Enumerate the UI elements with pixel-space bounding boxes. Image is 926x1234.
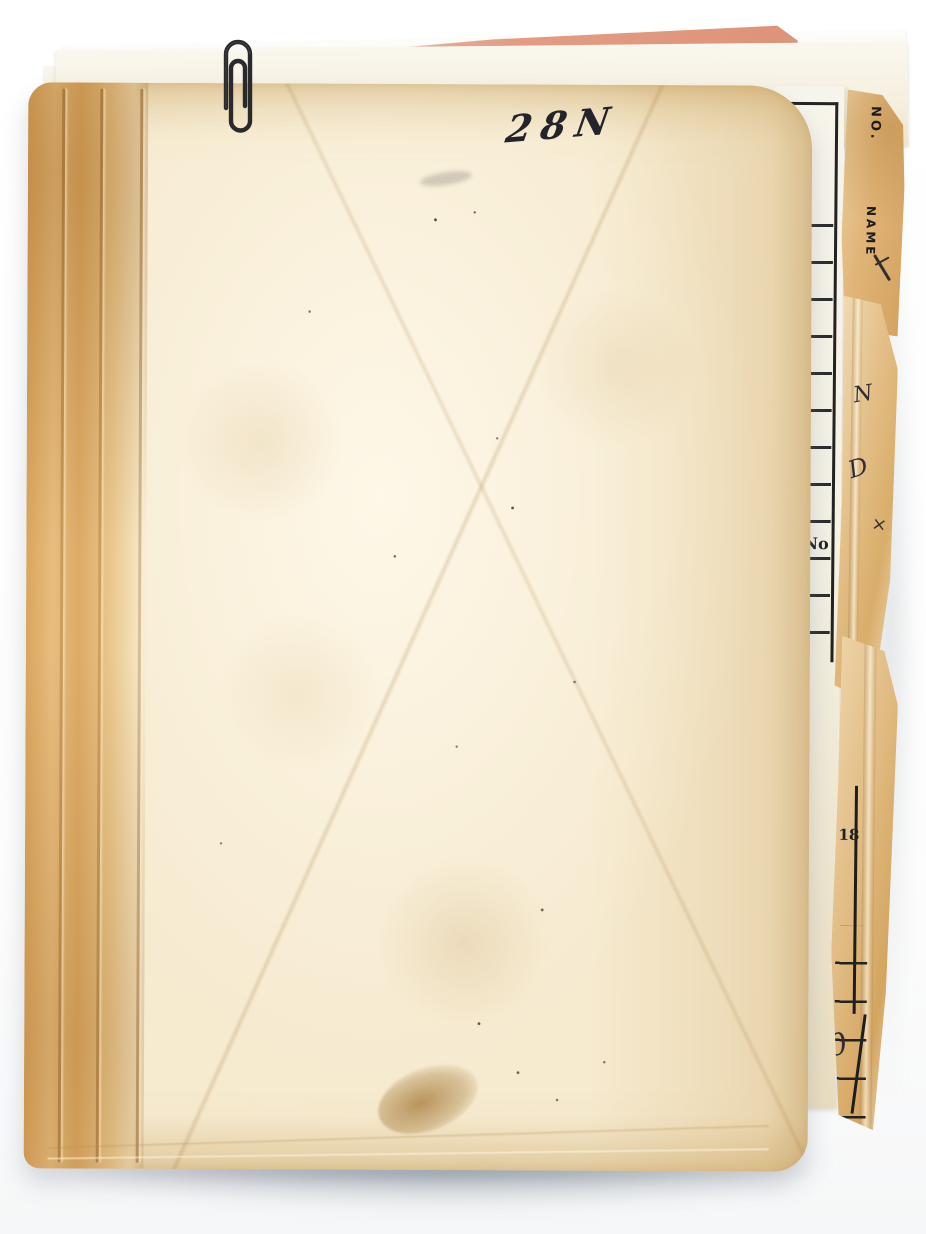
ledger-no-heading: NO.: [867, 106, 883, 142]
paperclip: [214, 36, 262, 138]
ledger-name-heading: NAME: [863, 206, 878, 258]
paper-texture-speckles: [24, 82, 813, 1171]
folder-cover: 28N: [24, 82, 813, 1171]
photo-stage: No NO. NAME N D × 18 0 28N: [0, 0, 926, 1234]
handwritten-x-mark: ×: [870, 513, 888, 536]
page-number-fragment: 18: [838, 826, 859, 844]
bottom-edge-wrinkles: [48, 1110, 770, 1169]
handwritten-fragment-n: N: [852, 381, 875, 409]
handwritten-fragment-d: D: [845, 452, 872, 484]
